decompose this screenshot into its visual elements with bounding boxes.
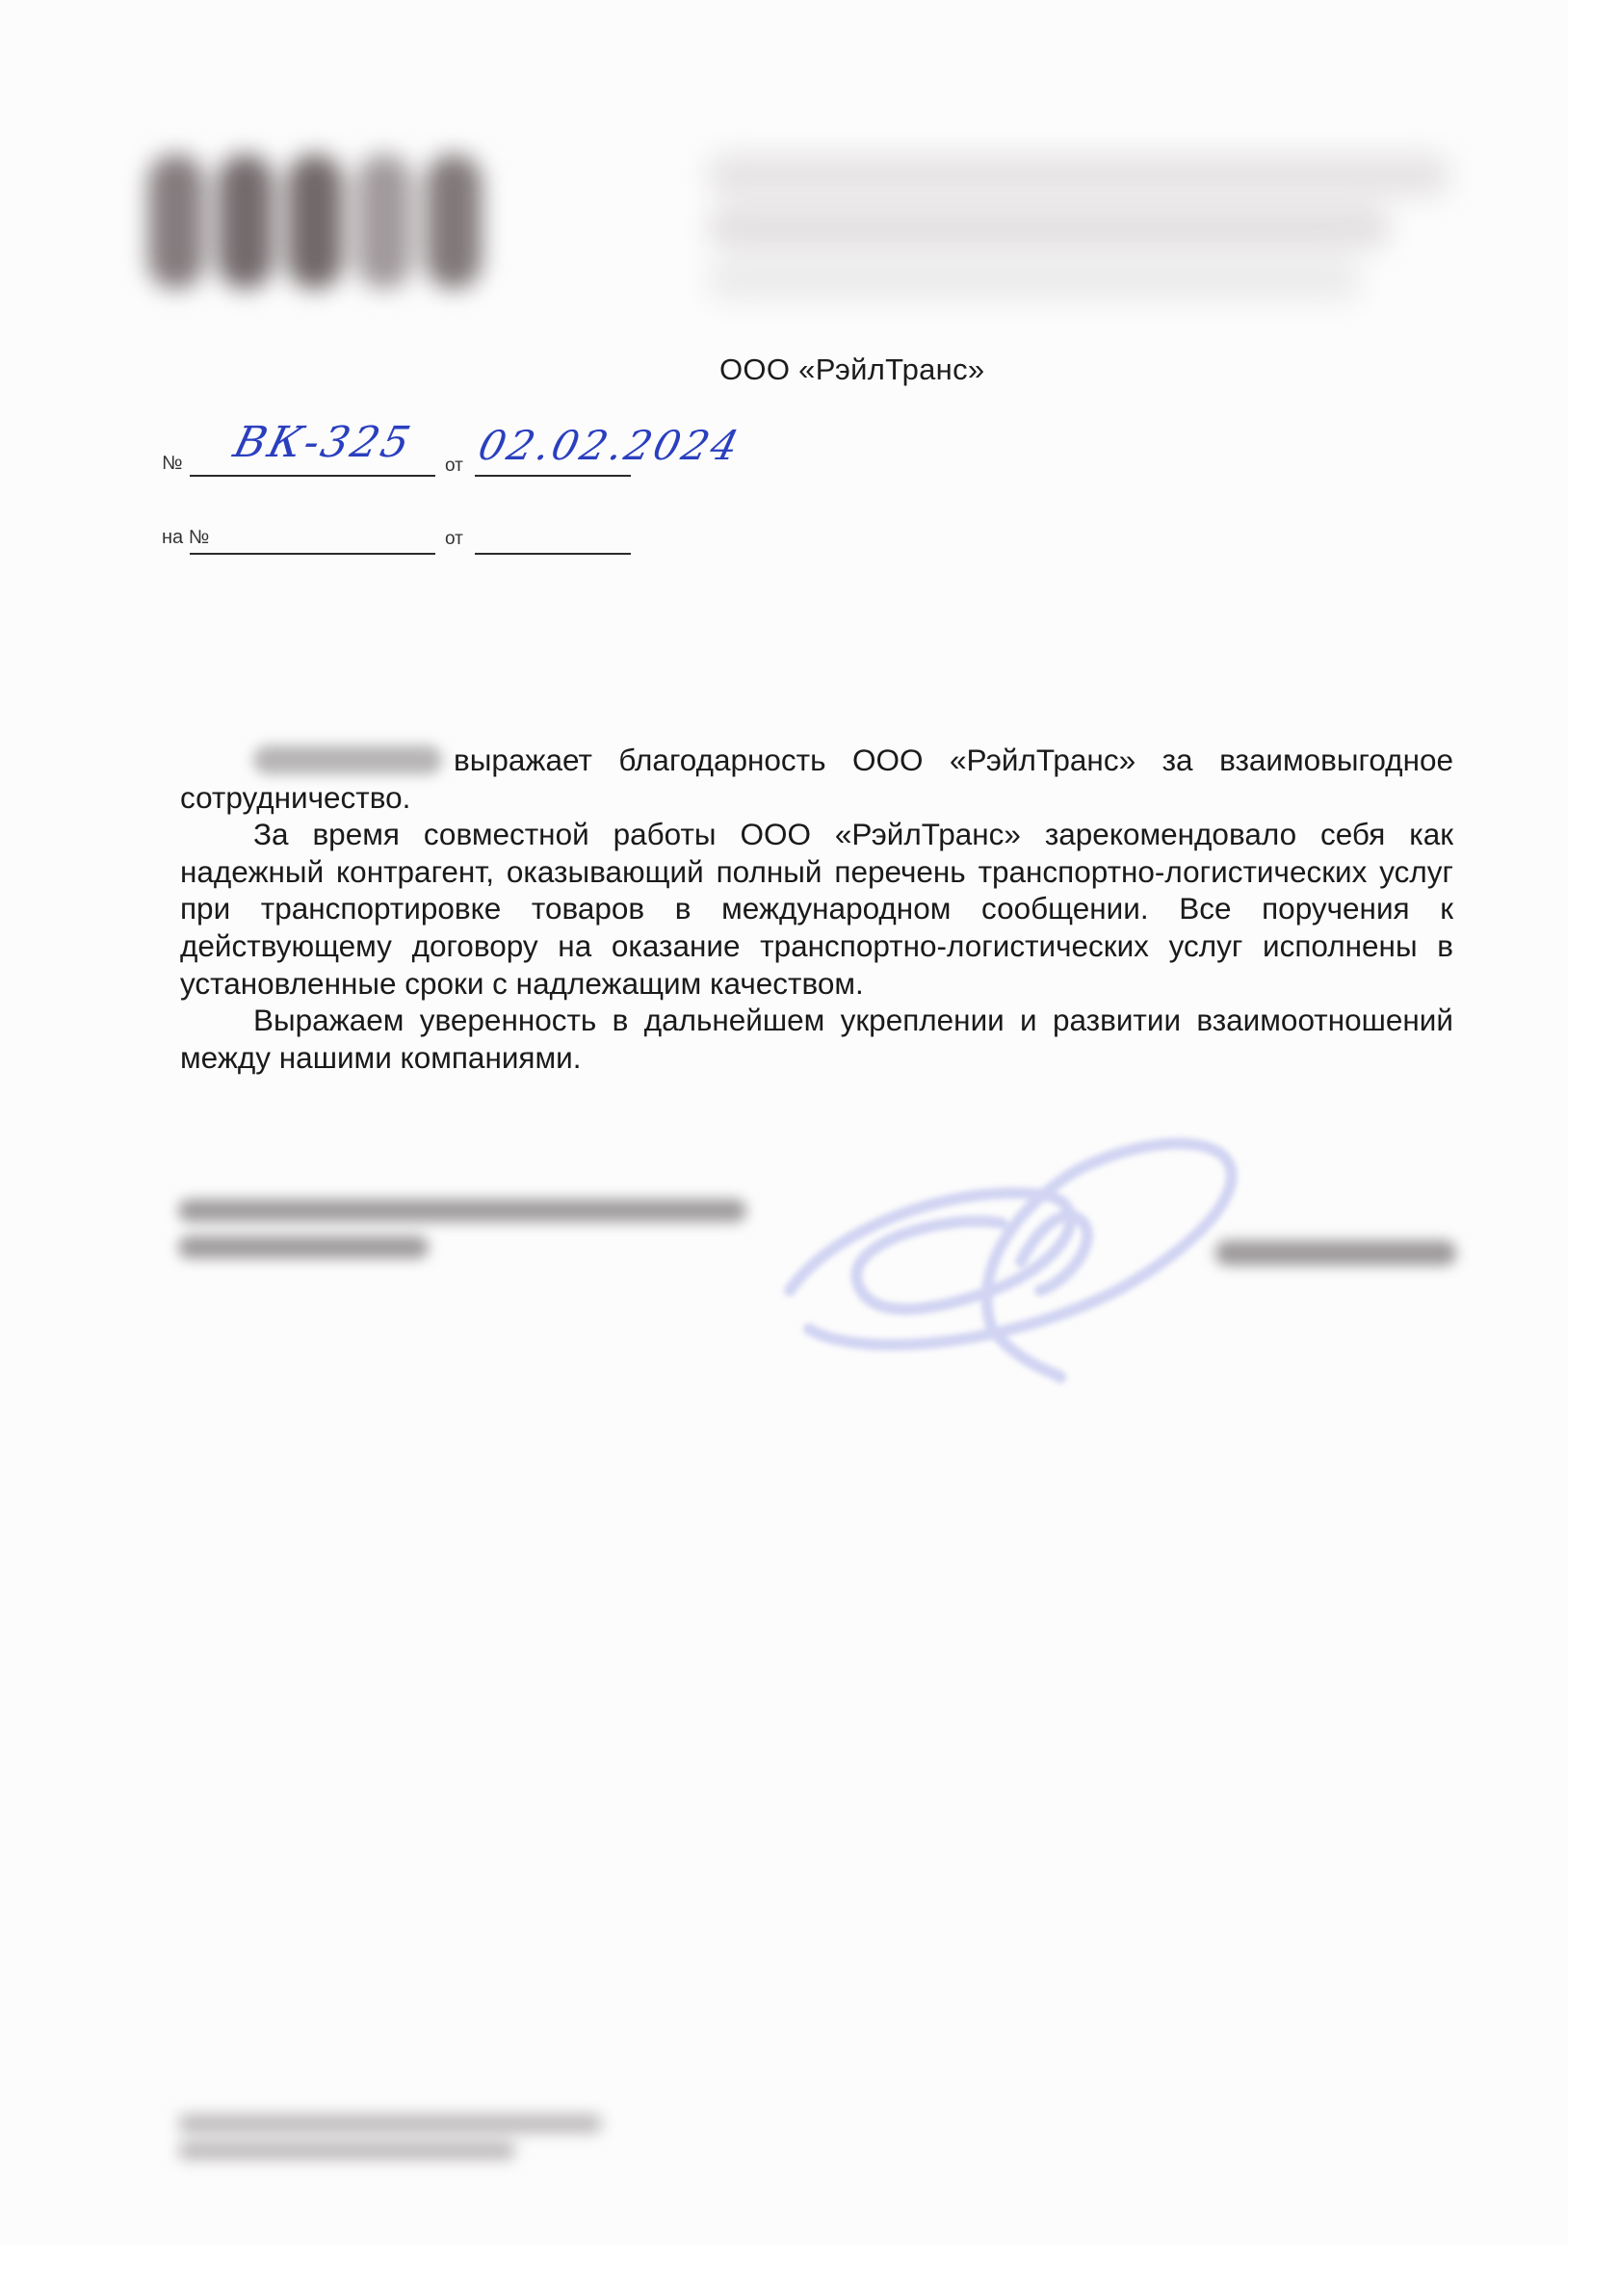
date-underline <box>475 475 631 477</box>
footer-contact-redacted <box>178 2115 621 2169</box>
reply-date-label: от <box>445 529 463 550</box>
sender-logo-redacted <box>135 140 520 303</box>
date-handwritten: 02.02.2024 <box>474 422 746 469</box>
number-underline <box>190 475 435 477</box>
recipient-name: ООО «РэйлТранс» <box>0 352 1568 387</box>
number-handwritten: ВК-325 <box>229 418 418 467</box>
sender-header-redacted <box>708 154 1449 308</box>
body-paragraph-2: За время совместной работы ООО «РэйлТран… <box>180 816 1453 1002</box>
reply-number-underline <box>190 553 435 555</box>
signatory-title-redacted <box>178 1199 766 1272</box>
body-paragraph-1: выражает благодарность ООО «РэйлТранс» з… <box>180 742 1453 816</box>
reply-number-label: на № <box>162 527 209 549</box>
number-label: № <box>162 453 182 475</box>
handwritten-signature <box>751 1127 1291 1387</box>
letter-body: выражает благодарность ООО «РэйлТранс» з… <box>180 742 1453 1076</box>
reply-date-underline <box>475 553 631 555</box>
signatory-name-redacted <box>1215 1240 1456 1265</box>
sender-name-redacted <box>253 745 442 774</box>
letter-page: ООО «РэйлТранс» № ВК-325 от 02.02.2024 н… <box>0 0 1568 2246</box>
body-paragraph-3: Выражаем уверенность в дальнейшем укрепл… <box>180 1002 1453 1076</box>
date-label: от <box>445 456 463 477</box>
